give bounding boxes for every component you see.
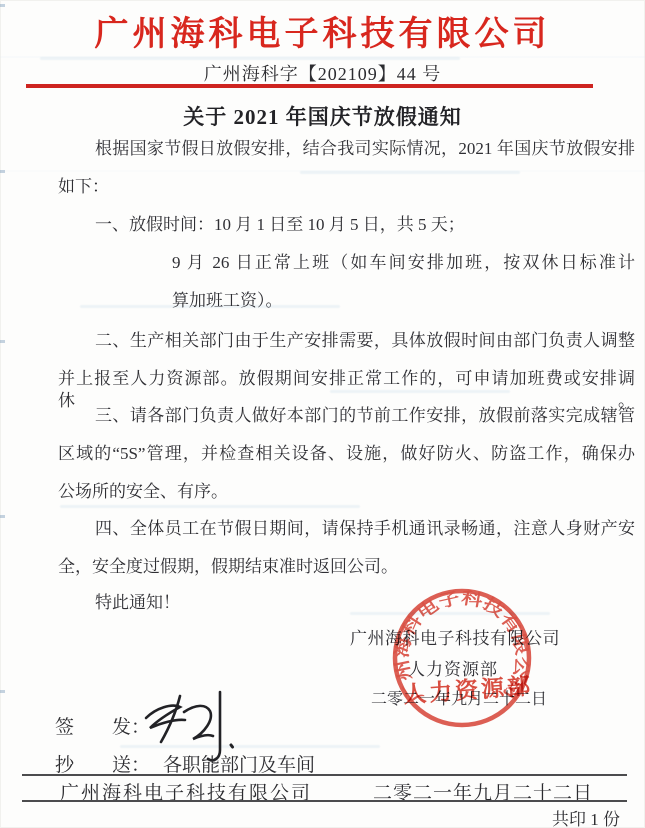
notice-line: 四、全体员工在节假日期间，请保持手机通讯录畅通，注意人身财产安 [95,518,635,540]
footer-rule-top [22,774,627,776]
cc-label: 抄 送： [55,750,150,777]
notice-line: 一、放假时间：10 月 1 日至 10 月 5 日，共 5 天； [95,214,465,236]
footer-rule-bottom [22,800,627,802]
notice-line: 三、请各部门负责人做好本部门的节前工作安排，放假前落实完成辖管 [95,405,635,427]
issued-by-label: 签 发： [55,712,150,739]
scan-edge-mark [0,170,5,173]
notice-line: 公场所的安全、有序。 [58,481,228,503]
scan-noise [60,505,360,508]
scanned-notice-page: 广州海科电子科技有限公司 广州海科字【202109】44 号 关于 2021 年… [0,0,645,828]
scan-noise [300,171,520,174]
notice-line: 二、生产相关部门由于生产安排需要，具体放假时间由部门负责人调整 [95,330,635,352]
scan-edge-mark [0,340,5,343]
scan-noise [350,612,550,615]
notice-line: 如下： [58,176,109,198]
notice-title: 关于 2021 年国庆节放假通知 [0,101,645,131]
notice-line: 全，安全度过假期，假期结束准时返回公司。 [58,556,398,578]
scan-edge-mark [0,515,5,518]
notice-line: 根据国家节假日放假安排，结合我司实际情况，2021 年国庆节放假安排 [95,138,635,160]
letterhead-company-name: 广州海科电子科技有限公司 [0,6,645,55]
notice-line: 9 月 26 日正常上班（如车间安排加班，按双休日标准计 [172,252,635,274]
letterhead-divider [26,84,593,88]
footer-copies-count: 共印 1 份 [552,805,620,828]
notice-line: 算加班工资）。 [172,290,283,312]
notice-line: 特此通知！ [95,592,180,614]
notice-line: 区域的“5S”管理，并检查相关设备、设施，做好防火、防盗工作，确保办 [58,443,635,465]
signoff-company: 广州海科电子科技有限公司 [350,624,560,649]
document-number: 广州海科字【202109】44 号 [0,60,645,86]
cc-value: 各职能部门及车间 [163,750,315,777]
scan-edge-mark [0,690,5,693]
